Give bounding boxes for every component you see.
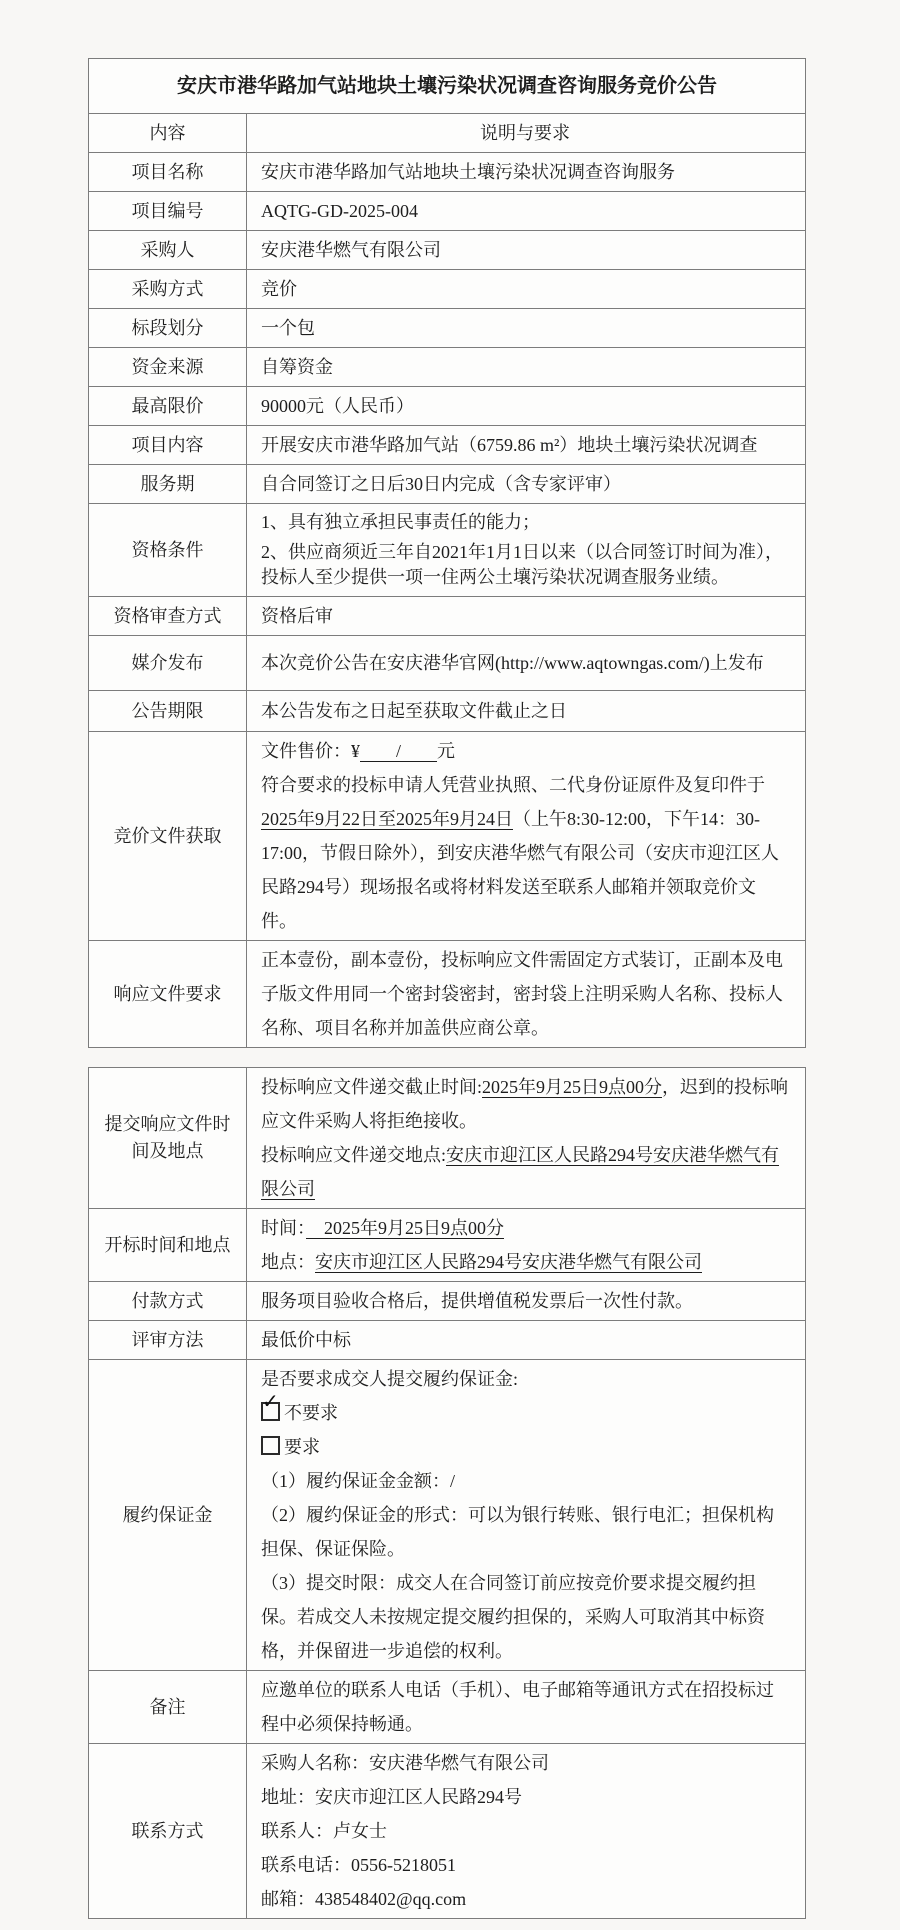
text-segment: 2025年9月25日9点00分 — [306, 1218, 504, 1238]
table-row: 服务期自合同签订之日后30日内完成（含专家评审） — [89, 464, 805, 503]
paragraph: 正本壹份，副本壹份，投标响应文件需固定方式装订，正副本及电子版文件用同一个密封袋… — [261, 943, 789, 1045]
row-content: 服务项目验收合格后，提供增值税发票后一次性付款。 — [247, 1282, 805, 1320]
row-label: 媒介发布 — [89, 636, 247, 690]
row-content: 最低价中标 — [247, 1321, 805, 1359]
text-segment: 一个包 — [261, 318, 315, 338]
row-label: 项目内容 — [89, 426, 247, 464]
row-content: 开展安庆市港华路加气站（6759.86 m²）地块土壤污染状况调查 — [247, 426, 805, 464]
table-row: 履约保证金是否要求成交人提交履约保证金:✓不要求要求（1）履约保证金金额：/（2… — [89, 1359, 805, 1670]
text-segment: 地点： — [261, 1252, 315, 1272]
text-segment: 本次竞价公告在安庆港华官网(http://www.aqtowngas.com/)… — [261, 653, 764, 673]
paragraph: 资格后审 — [261, 599, 789, 633]
notice-title-row: 安庆市港华路加气站地块土壤污染状况调查咨询服务竞价公告 — [89, 59, 805, 113]
text-segment: 正本壹份，副本壹份，投标响应文件需固定方式装订，正副本及电子版文件用同一个密封袋… — [261, 950, 783, 1038]
text-segment: 2、供应商须近三年自2021年1月1日以来（以合同签订时间为准），投标人至少提供… — [261, 542, 783, 587]
row-label: 标段划分 — [89, 309, 247, 347]
table-row: 评审方法最低价中标 — [89, 1320, 805, 1359]
header-content-text: 说明与要求 — [480, 116, 570, 150]
table-row: 项目内容开展安庆市港华路加气站（6759.86 m²）地块土壤污染状况调查 — [89, 425, 805, 464]
table-row: 付款方式服务项目验收合格后，提供增值税发票后一次性付款。 — [89, 1281, 805, 1320]
table-row: 采购人安庆港华燃气有限公司 — [89, 230, 805, 269]
text-segment: 本公告发布之日起至获取文件截止之日 — [261, 701, 567, 721]
paragraph: 联系人：卢女士 — [261, 1814, 789, 1848]
paragraph: AQTG-GD-2025-004 — [261, 194, 789, 228]
table-row: 提交响应文件时 间及地点投标响应文件递交截止时间:2025年9月25日9点00分… — [89, 1068, 805, 1208]
table-row: 资格审查方式资格后审 — [89, 596, 805, 635]
text-segment: 是否要求成交人提交履约保证金: — [261, 1369, 518, 1389]
row-content: 安庆市港华路加气站地块土壤污染状况调查咨询服务 — [247, 153, 805, 191]
paragraph: 本公告发布之日起至获取文件截止之日 — [261, 694, 789, 728]
row-label: 提交响应文件时 间及地点 — [89, 1068, 247, 1208]
row-label: 资格条件 — [89, 504, 247, 596]
row-label: 采购方式 — [89, 270, 247, 308]
paragraph: 竞价 — [261, 272, 789, 306]
text-segment: 最低价中标 — [261, 1330, 351, 1350]
paragraph: 地址：安庆市迎江区人民路294号 — [261, 1780, 789, 1814]
text-segment: 投标响应文件递交截止时间: — [261, 1077, 482, 1097]
paragraph: 邮箱：438548402@qq.com — [261, 1882, 789, 1916]
text-segment: 2025年9月25日9点00分 — [482, 1077, 662, 1097]
paragraph: 安庆港华燃气有限公司 — [261, 233, 789, 267]
paragraph: 安庆市港华路加气站地块土壤污染状况调查咨询服务 — [261, 155, 789, 189]
row-label: 服务期 — [89, 465, 247, 503]
text-segment: （2）履约保证金的形式：可以为银行转账、银行电汇；担保机构担保、保证保险。 — [261, 1505, 774, 1559]
paragraph: 开展安庆市港华路加气站（6759.86 m²）地块土壤污染状况调查 — [261, 428, 789, 462]
checkbox-checked-icon: ✓ — [261, 1402, 280, 1421]
row-content: 1、具有独立承担民事责任的能力；2、供应商须近三年自2021年1月1日以来（以合… — [247, 504, 805, 596]
text-segment: 邮箱：438548402@qq.com — [261, 1889, 466, 1909]
paragraph: 自筹资金 — [261, 350, 789, 384]
row-label: 公告期限 — [89, 691, 247, 731]
text-segment: 联系电话：0556-5218051 — [261, 1855, 456, 1875]
row-content: 应邀单位的联系人电话（手机）、电子邮箱等通讯方式在招投标过程中必须保持畅通。 — [247, 1671, 805, 1743]
row-label: 响应文件要求 — [89, 941, 247, 1047]
text-segment: 文件售价：¥ — [261, 741, 360, 761]
text-segment: 应邀单位的联系人电话（手机）、电子邮箱等通讯方式在招投标过程中必须保持畅通。 — [261, 1680, 774, 1734]
row-content: 安庆港华燃气有限公司 — [247, 231, 805, 269]
text-segment: 联系人：卢女士 — [261, 1821, 387, 1841]
paragraph: （2）履约保证金的形式：可以为银行转账、银行电汇；担保机构担保、保证保险。 — [261, 1498, 789, 1566]
row-label: 最高限价 — [89, 387, 247, 425]
notice-table-main: 安庆市港华路加气站地块土壤污染状况调查咨询服务竞价公告内容说明与要求项目名称安庆… — [88, 58, 806, 1048]
row-content: 采购人名称：安庆港华燃气有限公司地址：安庆市迎江区人民路294号联系人：卢女士联… — [247, 1744, 805, 1918]
paragraph: ✓不要求 — [261, 1396, 789, 1430]
text-segment: 90000元（人民币） — [261, 396, 414, 416]
row-label: 付款方式 — [89, 1282, 247, 1320]
paragraph: 联系电话：0556-5218051 — [261, 1848, 789, 1882]
text-segment: 安庆市港华路加气站地块土壤污染状况调查咨询服务 — [261, 162, 675, 182]
row-content: 投标响应文件递交截止时间:2025年9月25日9点00分，迟到的投标响应文件采购… — [247, 1068, 805, 1208]
row-label: 履约保证金 — [89, 1360, 247, 1670]
paragraph: 投标响应文件递交地点:安庆市迎江区人民路294号安庆港华燃气有限公司 — [261, 1138, 789, 1206]
text-segment: 不要求 — [284, 1403, 338, 1423]
text-segment: AQTG-GD-2025-004 — [261, 201, 418, 221]
table-row: 资金来源自筹资金 — [89, 347, 805, 386]
row-label: 项目编号 — [89, 192, 247, 230]
text-segment: 开展安庆市港华路加气站（6759.86 m²）地块土壤污染状况调查 — [261, 435, 757, 455]
row-label: 竞价文件获取 — [89, 732, 247, 940]
row-label: 备注 — [89, 1671, 247, 1743]
paragraph: 90000元（人民币） — [261, 389, 789, 423]
paragraph: 一个包 — [261, 311, 789, 345]
table-row: 采购方式竞价 — [89, 269, 805, 308]
row-label: 资格审查方式 — [89, 597, 247, 635]
paragraph: 符合要求的投标申请人凭营业执照、二代身份证原件及复印件于2025年9月22日至2… — [261, 768, 789, 938]
table-row: 标段划分一个包 — [89, 308, 805, 347]
text-segment: / — [360, 741, 437, 761]
paragraph: 自合同签订之日后30日内完成（含专家评审） — [261, 467, 789, 501]
notice-page: 安庆市港华路加气站地块土壤污染状况调查咨询服务竞价公告内容说明与要求项目名称安庆… — [0, 0, 900, 1919]
header-label: 内容 — [89, 114, 247, 152]
text-segment: 安庆市迎江区人民路294号安庆港华燃气有限公司 — [315, 1252, 702, 1272]
text-segment: 符合要求的投标申请人凭营业执照、二代身份证原件及复印件于 — [261, 775, 765, 795]
row-content: 自合同签订之日后30日内完成（含专家评审） — [247, 465, 805, 503]
table-row: 开标时间和地点时间： 2025年9月25日9点00分地点：安庆市迎江区人民路29… — [89, 1208, 805, 1281]
row-content: 一个包 — [247, 309, 805, 347]
text-segment: 地址：安庆市迎江区人民路294号 — [261, 1787, 522, 1807]
paragraph: 时间： 2025年9月25日9点00分 — [261, 1211, 789, 1245]
text-segment: 竞价 — [261, 279, 297, 299]
paragraph: 最低价中标 — [261, 1323, 789, 1357]
row-content: AQTG-GD-2025-004 — [247, 192, 805, 230]
paragraph: 应邀单位的联系人电话（手机）、电子邮箱等通讯方式在招投标过程中必须保持畅通。 — [261, 1673, 789, 1741]
row-content: 时间： 2025年9月25日9点00分地点：安庆市迎江区人民路294号安庆港华燃… — [247, 1209, 805, 1281]
text-segment: （3）提交时限：成交人在合同签订前应按竞价要求提交履约担保。若成交人未按规定提交… — [261, 1573, 765, 1661]
notice-table-secondary: 提交响应文件时 间及地点投标响应文件递交截止时间:2025年9月25日9点00分… — [88, 1067, 806, 1919]
text-segment: 采购人名称：安庆港华燃气有限公司 — [261, 1753, 549, 1773]
row-content: 正本壹份，副本壹份，投标响应文件需固定方式装订，正副本及电子版文件用同一个密封袋… — [247, 941, 805, 1047]
text-segment: （1）履约保证金金额：/ — [261, 1471, 455, 1491]
checkbox-empty-icon — [261, 1436, 280, 1455]
paragraph: （1）履约保证金金额：/ — [261, 1464, 789, 1498]
row-content: 竞价 — [247, 270, 805, 308]
text-segment: 安庆港华燃气有限公司 — [261, 240, 441, 260]
row-content: 本公告发布之日起至获取文件截止之日 — [247, 691, 805, 731]
row-label: 资金来源 — [89, 348, 247, 386]
paragraph: 文件售价：¥ / 元 — [261, 734, 789, 768]
paragraph: 要求 — [261, 1430, 789, 1464]
table-row: 联系方式采购人名称：安庆港华燃气有限公司地址：安庆市迎江区人民路294号联系人：… — [89, 1743, 805, 1918]
paragraph: （3）提交时限：成交人在合同签订前应按竞价要求提交履约担保。若成交人未按规定提交… — [261, 1566, 789, 1668]
table-row: 项目编号AQTG-GD-2025-004 — [89, 191, 805, 230]
text-segment: 时间： — [261, 1218, 306, 1238]
row-content: 自筹资金 — [247, 348, 805, 386]
row-label: 评审方法 — [89, 1321, 247, 1359]
table-row: 响应文件要求正本壹份，副本壹份，投标响应文件需固定方式装订，正副本及电子版文件用… — [89, 940, 805, 1047]
paragraph: 1、具有独立承担民事责任的能力； — [261, 510, 789, 535]
row-label: 开标时间和地点 — [89, 1209, 247, 1281]
text-segment: 资格后审 — [261, 606, 333, 626]
text-segment: 投标响应文件递交地点: — [261, 1145, 446, 1165]
paragraph: 地点：安庆市迎江区人民路294号安庆港华燃气有限公司 — [261, 1245, 789, 1279]
row-label: 项目名称 — [89, 153, 247, 191]
row-label: 采购人 — [89, 231, 247, 269]
table-row: 公告期限本公告发布之日起至获取文件截止之日 — [89, 690, 805, 731]
row-content: 是否要求成交人提交履约保证金:✓不要求要求（1）履约保证金金额：/（2）履约保证… — [247, 1360, 805, 1670]
text-segment: 服务项目验收合格后，提供增值税发票后一次性付款。 — [261, 1291, 693, 1311]
text-segment: 元 — [437, 741, 455, 761]
paragraph: 投标响应文件递交截止时间:2025年9月25日9点00分，迟到的投标响应文件采购… — [261, 1070, 789, 1138]
table-row: 媒介发布本次竞价公告在安庆港华官网(http://www.aqtowngas.c… — [89, 635, 805, 690]
paragraph: 本次竞价公告在安庆港华官网(http://www.aqtowngas.com/)… — [261, 646, 789, 680]
paragraph: 采购人名称：安庆港华燃气有限公司 — [261, 1746, 789, 1780]
text-segment: 自合同签订之日后30日内完成（含专家评审） — [261, 474, 621, 494]
header-content: 说明与要求 — [247, 114, 805, 152]
row-content: 资格后审 — [247, 597, 805, 635]
paragraph: 2、供应商须近三年自2021年1月1日以来（以合同签订时间为准），投标人至少提供… — [261, 540, 789, 590]
row-content: 90000元（人民币） — [247, 387, 805, 425]
row-label: 联系方式 — [89, 1744, 247, 1918]
table-header-row: 内容说明与要求 — [89, 113, 805, 152]
text-segment: 自筹资金 — [261, 357, 333, 377]
table-row: 竞价文件获取文件售价：¥ / 元符合要求的投标申请人凭营业执照、二代身份证原件及… — [89, 731, 805, 940]
row-content: 本次竞价公告在安庆港华官网(http://www.aqtowngas.com/)… — [247, 636, 805, 690]
text-segment: 要求 — [284, 1437, 320, 1457]
table-row: 最高限价90000元（人民币） — [89, 386, 805, 425]
table-row: 项目名称安庆市港华路加气站地块土壤污染状况调查咨询服务 — [89, 152, 805, 191]
paragraph: 服务项目验收合格后，提供增值税发票后一次性付款。 — [261, 1284, 789, 1318]
row-content: 文件售价：¥ / 元符合要求的投标申请人凭营业执照、二代身份证原件及复印件于20… — [247, 732, 805, 940]
notice-title: 安庆市港华路加气站地块土壤污染状况调查咨询服务竞价公告 — [101, 72, 793, 100]
check-mark-icon: ✓ — [262, 1391, 279, 1411]
text-segment: 2025年9月22日至2025年9月24日 — [261, 809, 513, 829]
text-segment: 1、具有独立承担民事责任的能力； — [261, 512, 540, 532]
table-row: 资格条件1、具有独立承担民事责任的能力；2、供应商须近三年自2021年1月1日以… — [89, 503, 805, 596]
paragraph: 是否要求成交人提交履约保证金: — [261, 1362, 789, 1396]
table-row: 备注应邀单位的联系人电话（手机）、电子邮箱等通讯方式在招投标过程中必须保持畅通。 — [89, 1670, 805, 1743]
